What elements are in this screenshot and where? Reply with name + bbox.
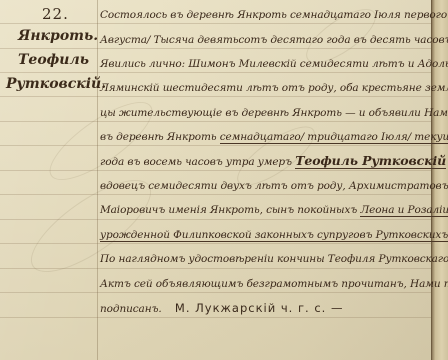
- body-line: вдовецъ семидесяти двухъ лѣтъ отъ роду, …: [100, 179, 448, 193]
- entry-number: 22.: [42, 5, 69, 23]
- underlined-mother-maiden-name: урожденной Филипковской законныхъ супруг…: [100, 229, 448, 242]
- margin-surname: Рутковскій.: [6, 76, 106, 92]
- body-line: По наглядномъ удостовѣреніи кончины Теоф…: [100, 252, 448, 266]
- body-text: года въ восемь часовъ утра умеръ: [100, 156, 295, 168]
- body-text: въ деревнѣ Янкроть: [100, 131, 220, 143]
- underlined-date: семнадцатаго/ тридцатаго Іюля/ текущего: [220, 131, 448, 144]
- priest-signature: М. Лукжарскій ч. г. с. —: [175, 301, 344, 315]
- ruled-line: [0, 48, 432, 49]
- ruled-line: [0, 292, 432, 293]
- ruled-line: [0, 194, 432, 195]
- body-line: года въ восемь часовъ утра умеръ Теофиль…: [100, 154, 446, 169]
- underlined-parents: Леона и Розаліи: [360, 204, 448, 217]
- margin-first-name: Теофиль: [18, 52, 89, 68]
- body-text: Маіоровичъ именія Янкроть, сынъ покойных…: [100, 204, 360, 216]
- register-page: 22. Янкроть. Теофиль Рутковскій. Состоял…: [0, 0, 448, 360]
- body-line: урожденной Филипковской законныхъ супруг…: [100, 228, 448, 242]
- body-line: подписанъ. М. Лукжарскій ч. г. с. —: [100, 301, 343, 316]
- underlined-deceased-name: Теофиль Рутковскій: [295, 153, 446, 169]
- body-line: Маіоровичъ именія Янкроть, сынъ покойных…: [100, 203, 448, 217]
- body-text: подписанъ.: [100, 303, 162, 315]
- ruled-line: [0, 96, 432, 97]
- body-line: цы жительствующіе въ деревнѣ Янкроть — и…: [100, 106, 448, 120]
- body-line: въ деревнѣ Янкроть семнадцатаго/ тридцат…: [100, 130, 448, 144]
- body-line: Ляминскій шестидесяти лѣтъ отъ роду, оба…: [100, 81, 448, 95]
- ruled-line: [0, 121, 432, 122]
- ruled-line: [0, 317, 432, 318]
- body-line: Явились лично: Шимонъ Милевскій семидеся…: [100, 57, 448, 71]
- margin-divider: [97, 0, 98, 360]
- margin-village: Янкроть.: [18, 28, 98, 44]
- body-line: Состоялось въ деревнѣ Янкроть семнадцата…: [100, 8, 448, 22]
- body-line: Актъ сей объявляющимъ безграмотнымъ проч…: [100, 277, 448, 291]
- body-line: Августа/ Тысяча девятьсотъ десятаго года…: [100, 33, 448, 47]
- ruled-line: [0, 72, 432, 73]
